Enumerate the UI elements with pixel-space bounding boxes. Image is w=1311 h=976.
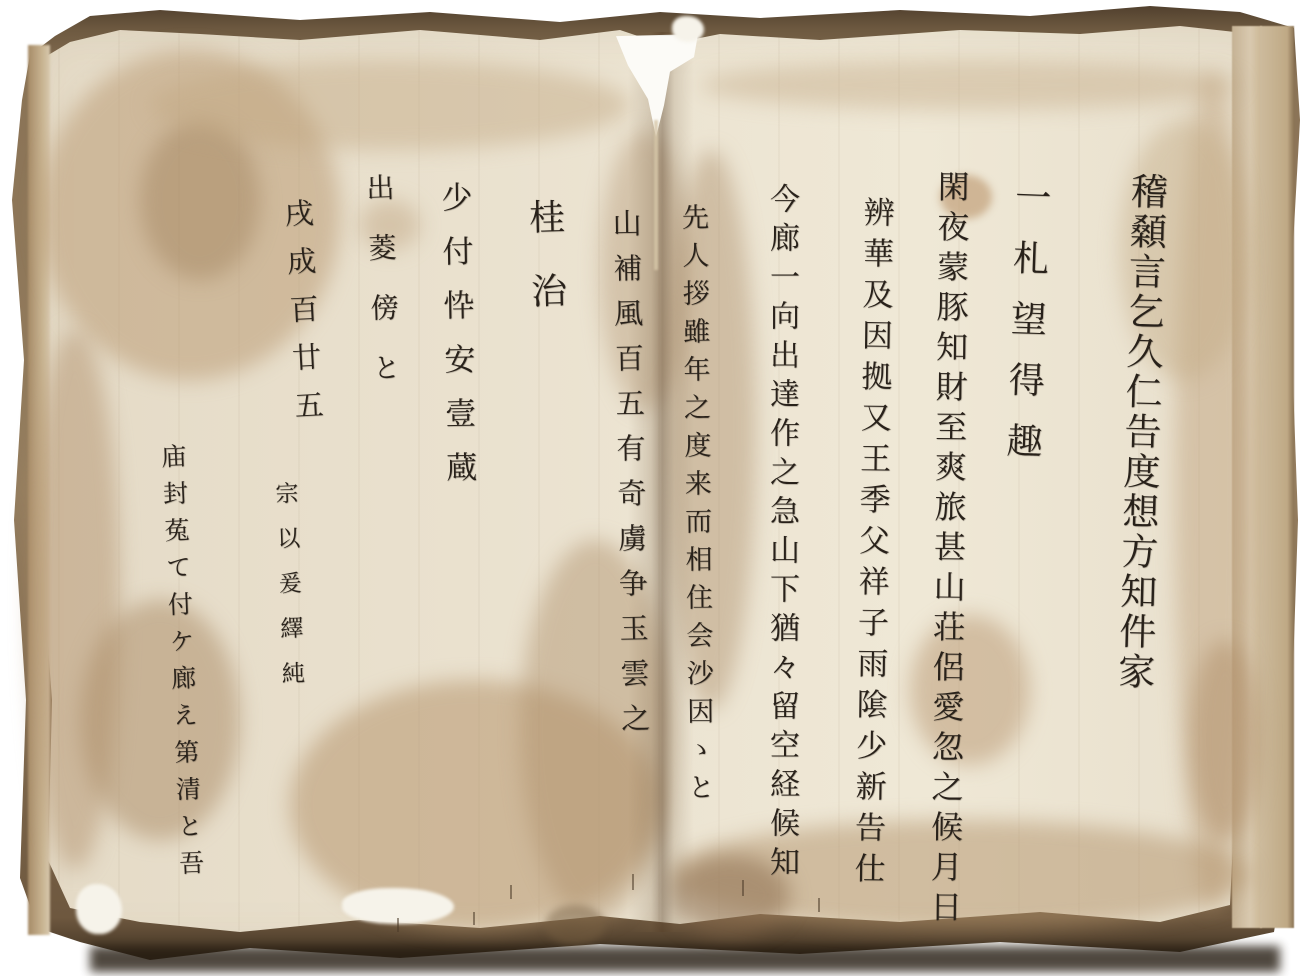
paper-loss-chip [76, 884, 122, 934]
calligraphy-column-left-4: 出菱傍と [358, 172, 406, 413]
calligraphy-column-right-2: 一札望得趣 [995, 177, 1057, 484]
book-bottom-shadow [90, 946, 1280, 972]
photo-background: 稽顙言乞久仁告度想方知件家 一札望得趣 閑夜蒙豚知財至爽旅甚山荘侶愛忽之候月日 … [0, 0, 1311, 976]
page-edge-layer [1260, 26, 1294, 928]
guide-mark [473, 912, 475, 925]
guide-mark [742, 880, 744, 896]
paper-loss-chip [672, 16, 704, 42]
stain [150, 60, 630, 150]
guide-mark [510, 885, 512, 899]
calligraphy-column-right-3: 閑夜蒙豚知財至爽旅甚山荘侶愛忽之候月日 [921, 170, 975, 930]
tear-line [654, 120, 658, 270]
calligraphy-column-right-6: 先人拶雖年之度来而相住会沙因ゝと [673, 203, 718, 811]
calligraphy-column-right-5: 今廊一向出達作之急山下猶々留空経候知 [759, 183, 803, 885]
calligraphy-column-left-3: 少付忰安壹蔵 [431, 181, 482, 506]
guide-mark [632, 874, 634, 890]
calligraphy-column-left-2: 桂治 [518, 197, 573, 346]
guide-mark [818, 898, 820, 912]
stain [700, 60, 1240, 110]
stain [80, 600, 240, 840]
stain [140, 120, 260, 280]
stain [545, 905, 605, 945]
guide-mark [397, 918, 399, 932]
stain [1190, 640, 1260, 840]
